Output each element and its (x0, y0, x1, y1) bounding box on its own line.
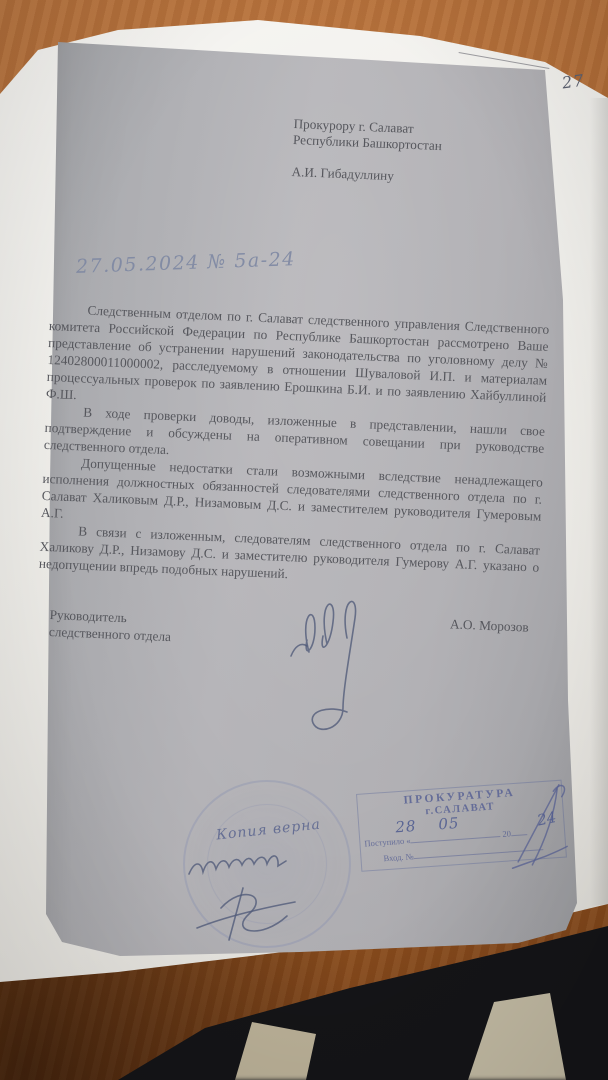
certifier-signature-scribble (183, 846, 317, 948)
signatory-name: А.О. Морозов (450, 616, 529, 635)
recipient-block: Прокурору г. Салават Республики Башкорто… (291, 116, 443, 186)
signatory-role: Руководитель следственного отдела (49, 606, 172, 645)
photo-of-document: 27 Прокурору г. Салават Республики Башко… (0, 0, 608, 1080)
page-number: 27 (561, 71, 586, 93)
signature-scribble (285, 590, 405, 735)
letter-body: Следственным отделом по г. Салават следс… (39, 300, 550, 593)
prosecutor-incoming-stamp: ПРОКУРАТУРА г.САЛАВАТ Поступило « 20 280… (356, 780, 567, 872)
receiver-signature-scribble (500, 774, 578, 871)
